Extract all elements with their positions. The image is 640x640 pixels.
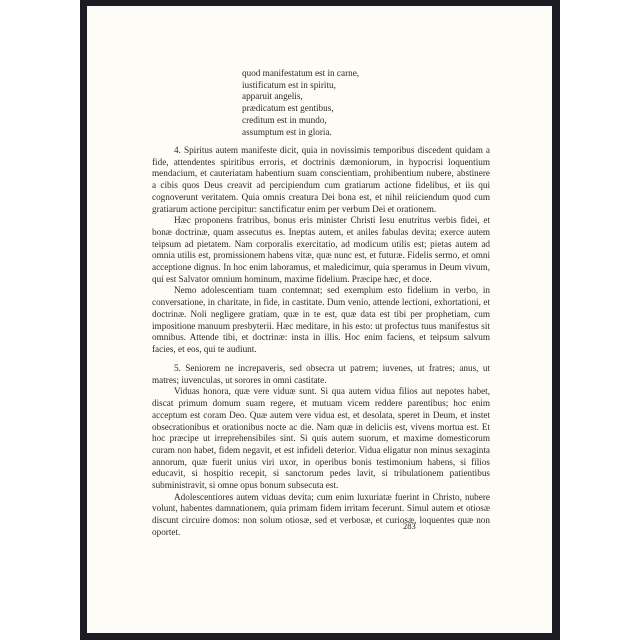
verse-line: assumptum est in gloria. — [242, 127, 359, 139]
paragraph: Viduas honora, quæ vere viduæ sunt. Si q… — [152, 386, 490, 491]
paragraph: Nemo adolescentiam tuam contemnat; sed e… — [152, 285, 490, 355]
paragraph: Adolescentiores autem viduas devita; cum… — [152, 492, 490, 539]
paragraph: Hæc proponens fratribus, bonus eris mini… — [152, 215, 490, 285]
verse-line: creditum est in mundo, — [242, 115, 359, 127]
paragraph-5: 5. Seniorem ne increpaveris, sed obsecra… — [152, 363, 490, 386]
text-column-2: 5. Seniorem ne increpaveris, sed obsecra… — [152, 363, 490, 539]
paper-page: quod manifestatum est in carne, iustific… — [87, 6, 552, 633]
paragraph-4: 4. Spiritus autem manifeste dicit, quia … — [152, 145, 490, 215]
verse-line: prædicatum est gentibus, — [242, 103, 359, 115]
text-column: 4. Spiritus autem manifeste dicit, quia … — [152, 145, 490, 356]
page-frame: quod manifestatum est in carne, iustific… — [80, 0, 560, 640]
page-number: 283 — [403, 521, 416, 531]
verse-line: quod manifestatum est in carne, — [242, 68, 359, 80]
verse-line: iustificatum est in spiritu, — [242, 80, 359, 92]
verse-line: apparuit angelis, — [242, 91, 359, 103]
verse-block: quod manifestatum est in carne, iustific… — [242, 68, 359, 138]
